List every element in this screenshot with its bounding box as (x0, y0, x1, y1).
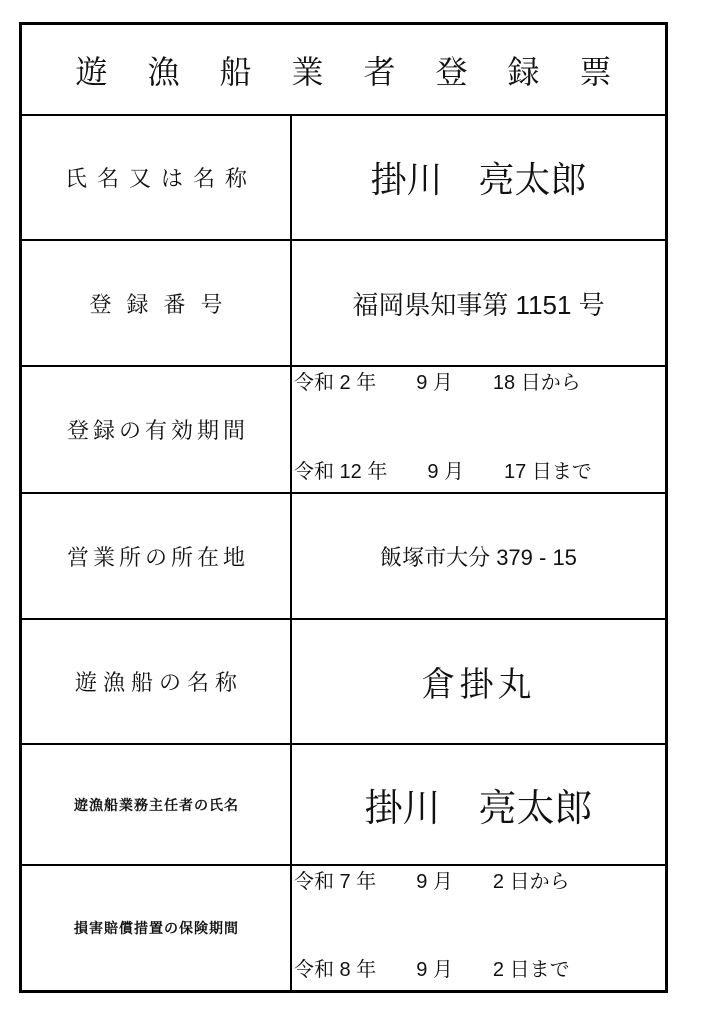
row-validperiod-value: 令和 2 年 9 月 18 日から 令和 12 年 9 月 17 日まで (292, 367, 665, 494)
row-insurance-value: 令和 7 年 9 月 2 日から 令和 8 年 9 月 2 日まで (292, 866, 665, 990)
card-title: 遊漁船業者登録票 (22, 25, 665, 116)
row-office-label: 営業所の所在地 (22, 494, 292, 620)
row-boatname-label: 遊漁船の名称 (22, 620, 292, 745)
row-regnumber-value: 福岡県知事第 1151 号 (292, 241, 665, 367)
row-office-value: 飯塚市大分 379 - 15 (292, 494, 665, 620)
insurance-from-line: 令和 7 年 9 月 2 日から (294, 870, 570, 894)
row-boatname-value: 倉掛丸 (292, 620, 665, 745)
card-title-text: 遊漁船業者登録票 (75, 47, 651, 93)
row-chief-label: 遊漁船業務主任者の氏名 (22, 745, 292, 866)
registration-card: 遊漁船業者登録票 氏名又は名称 掛川 亮太郎 登録番号 福岡県知事第 1151 … (19, 22, 668, 993)
insurance-to-line: 令和 8 年 9 月 2 日まで (294, 958, 570, 982)
row-insurance-label: 損害賠償措置の保険期間 (22, 866, 292, 990)
valid-from-line: 令和 2 年 9 月 18 日から (294, 371, 581, 395)
row-name-label: 氏名又は名称 (22, 116, 292, 241)
row-validperiod-label: 登録の有効期間 (22, 367, 292, 494)
row-name-value: 掛川 亮太郎 (292, 116, 665, 241)
row-chief-value: 掛川 亮太郎 (292, 745, 665, 866)
row-regnumber-label: 登録番号 (22, 241, 292, 367)
valid-to-line: 令和 12 年 9 月 17 日まで (294, 460, 592, 484)
